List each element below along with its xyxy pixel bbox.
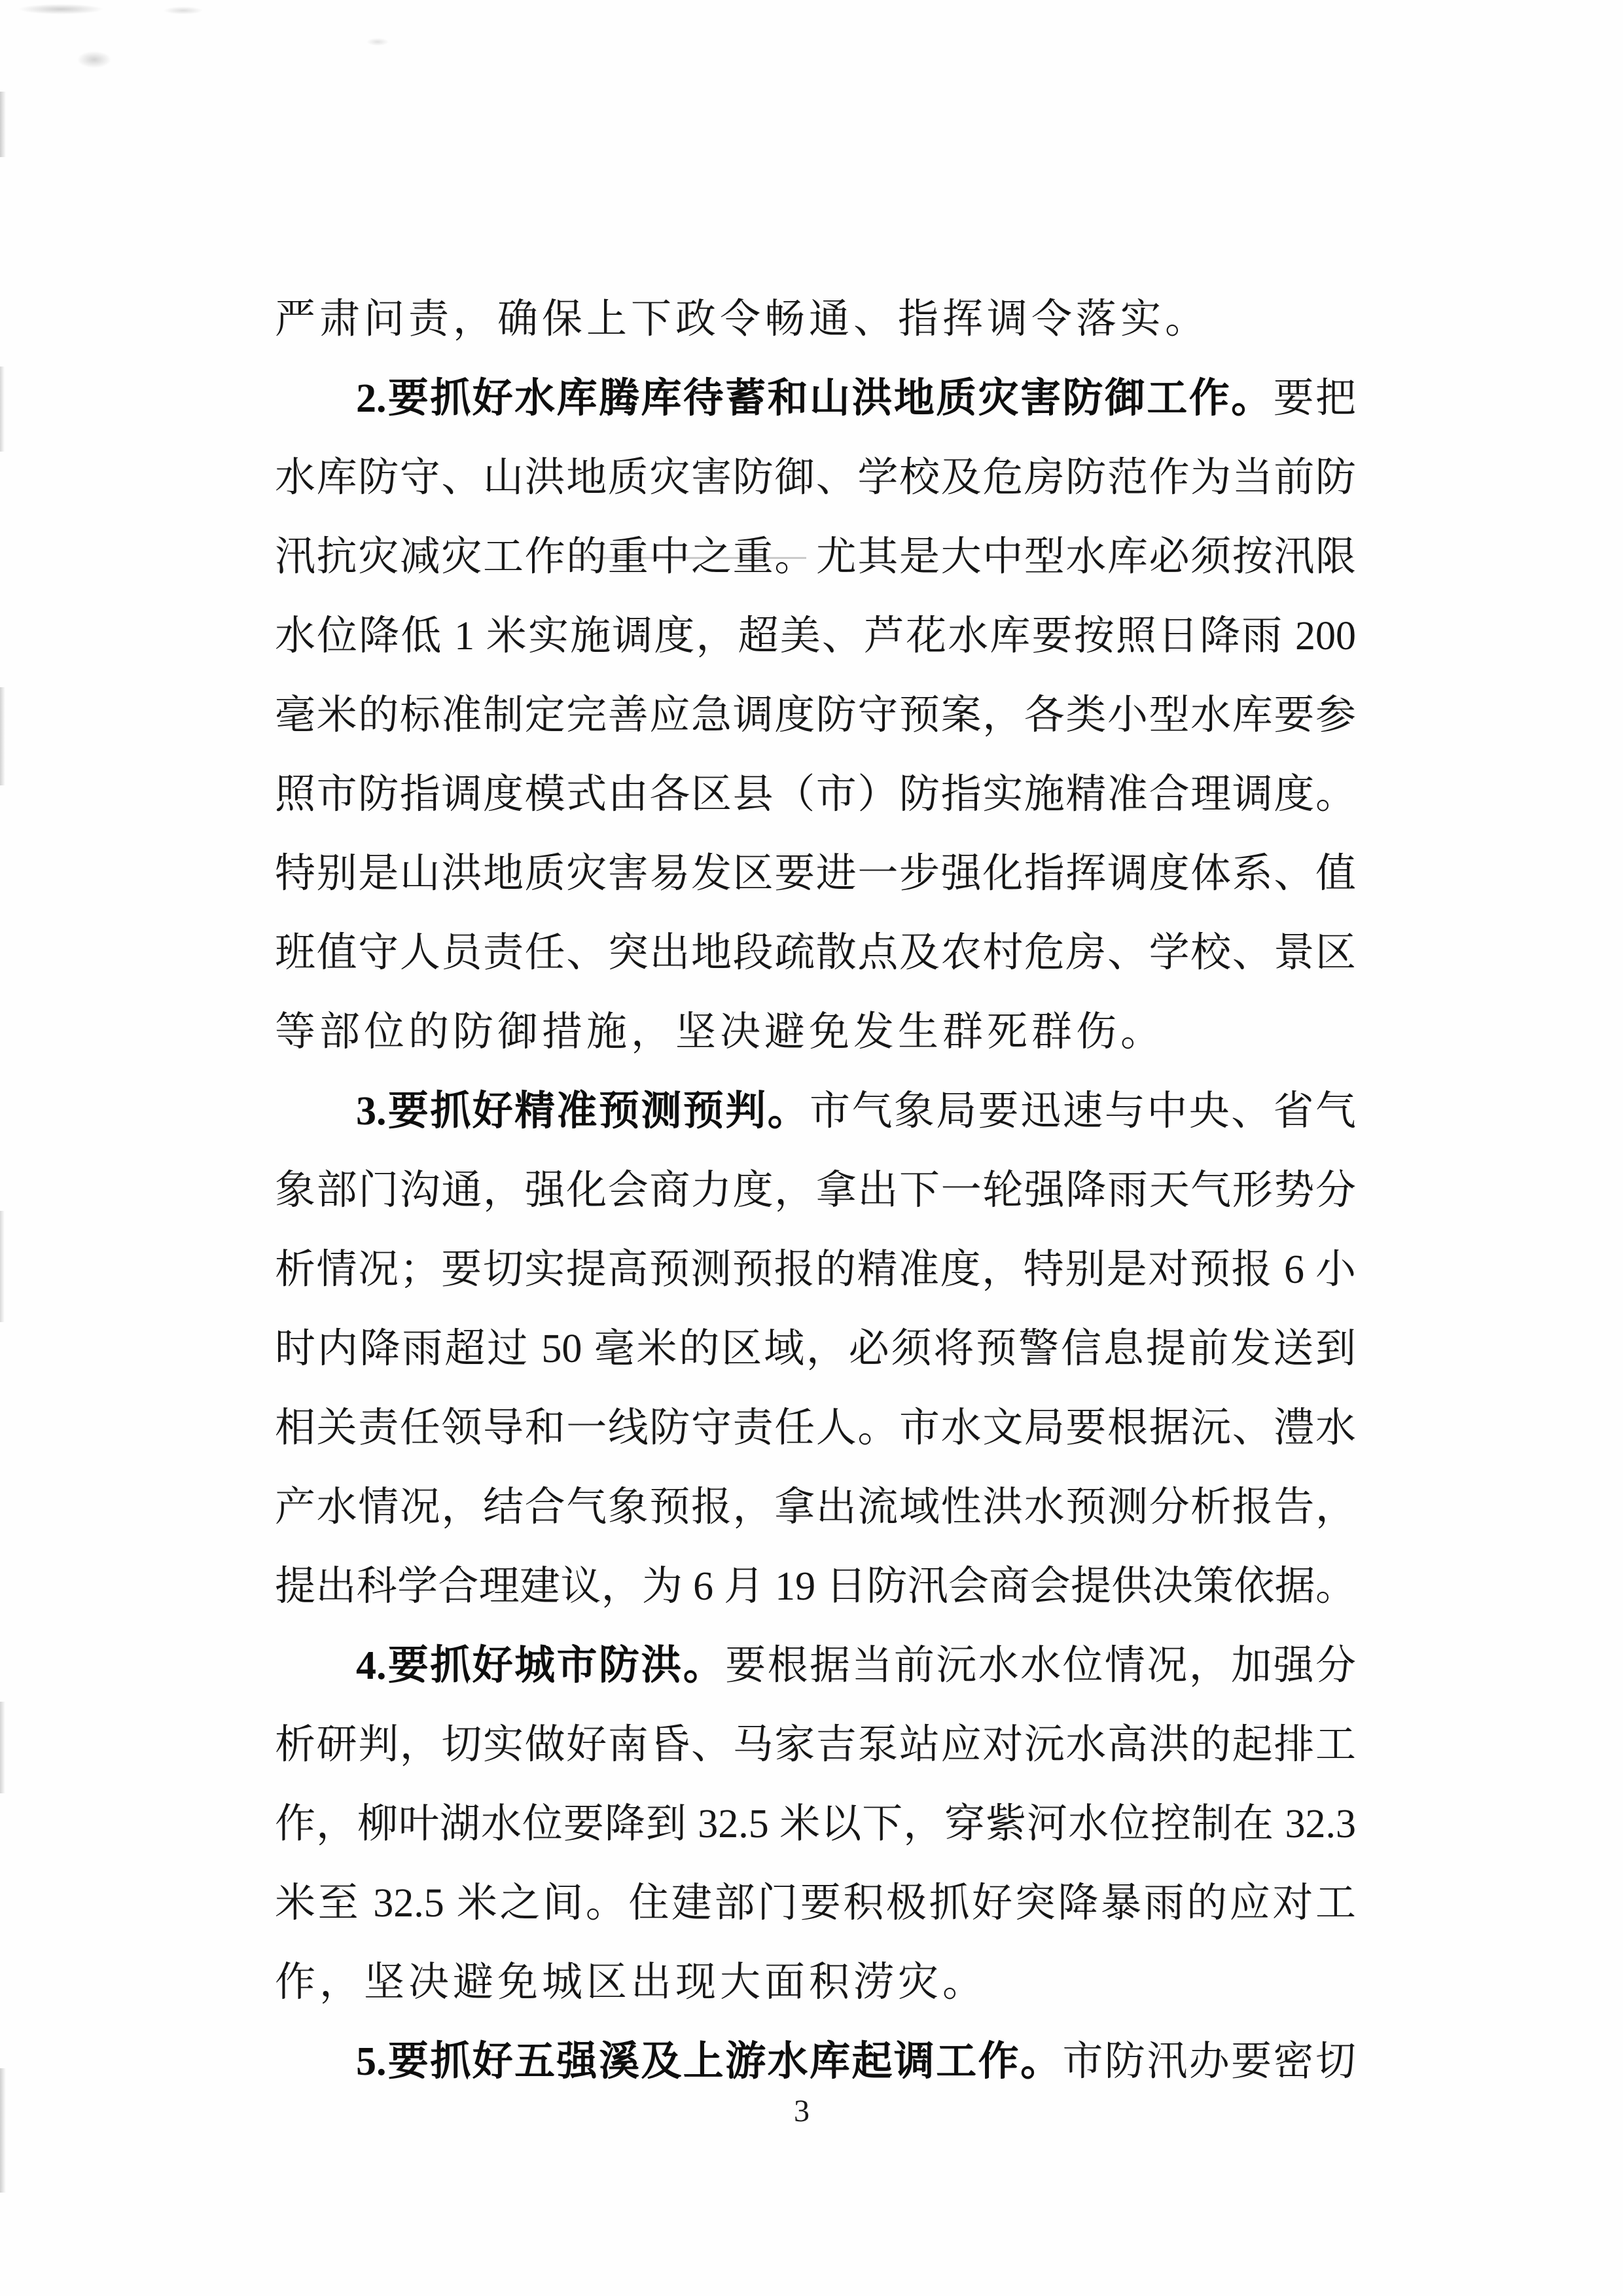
- text-line: 毫米的标准制定完善应急调度防守预案，各类小型水库要参: [275, 676, 1356, 755]
- scan-artifact: [0, 1702, 5, 1793]
- text-line: 象部门沟通，强化会商力度，拿出下一轮强降雨天气形势分: [275, 1151, 1356, 1230]
- text-line: 产水情况，结合气象预报，拿出流域性洪水预测分析报告，: [275, 1468, 1356, 1547]
- line-text: 作，柳叶湖水位要降到 32.5 米以下，穿紫河水位控制在 32.3: [275, 1802, 1356, 1846]
- text-line: 等部位的防御措施，坚决避免发生群死群伤。: [275, 993, 1356, 1072]
- text-line: 相关责任领导和一线防守责任人。市水文局要根据沅、澧水: [275, 1389, 1356, 1468]
- text-line: 作，柳叶湖水位要降到 32.5 米以下，穿紫河水位控制在 32.3: [275, 1785, 1356, 1864]
- line-bold-text: 2.要抓好水库腾库待蓄和山洪地质灾害防御工作。: [356, 376, 1274, 421]
- text-line-heading-2: 2.要抓好水库腾库待蓄和山洪地质灾害防御工作。要把: [275, 359, 1356, 439]
- scan-artifact: [77, 51, 111, 68]
- line-text: 象部门沟通，强化会商力度，拿出下一轮强降雨天气形势分: [275, 1168, 1356, 1213]
- line-text: 特别是山洪地质灾害易发区要进一步强化指挥调度体系、值: [275, 852, 1356, 896]
- text-line: 析情况；要切实提高预测预报的精准度，特别是对预报 6 小: [275, 1230, 1356, 1310]
- line-text: 汛抗灾减灾工作的重中之重。尤其是大中型水库必须按汛限: [275, 535, 1356, 579]
- text-line-heading-3: 3.要抓好精准预测预判。市气象局要迅速与中央、省气: [275, 1072, 1356, 1151]
- text-line: 特别是山洪地质灾害易发区要进一步强化指挥调度体系、值: [275, 834, 1356, 914]
- text-line: 水库防守、山洪地质灾害防御、学校及危房防范作为当前防: [275, 439, 1356, 518]
- text-line: 提出科学合理建议，为 6 月 19 日防汛会商会提供决策依据。: [275, 1547, 1356, 1626]
- line-text: 水库防守、山洪地质灾害防御、学校及危房防范作为当前防: [275, 456, 1356, 500]
- line-text: 时内降雨超过 50 毫米的区域，必须将预警信息提前发送到: [275, 1327, 1356, 1371]
- scan-artifact: [0, 2068, 6, 2193]
- line-text: 产水情况，结合气象预报，拿出流域性洪水预测分析报告，: [275, 1485, 1356, 1530]
- line-text: 市气象局要迅速与中央、省气: [810, 1089, 1356, 1134]
- line-bold-text: 5.要抓好五强溪及上游水库起调工作。: [356, 2039, 1063, 2084]
- scan-artifact: [0, 1211, 5, 1322]
- text-line: 班值守人员责任、突出地段疏散点及农村危房、学校、景区: [275, 914, 1356, 993]
- line-text: 毫米的标准制定完善应急调度防守预案，各类小型水库要参: [275, 693, 1356, 738]
- text-line: 严肃问责，确保上下政令畅通、指挥调令落实。: [275, 280, 1356, 359]
- page-number: 3: [0, 2093, 1603, 2130]
- text-line: 米至 32.5 米之间。住建部门要积极抓好突降暴雨的应对工: [275, 1864, 1356, 1943]
- line-text: 提出科学合理建议，为 6 月 19 日防汛会商会提供决策依据。: [275, 1564, 1356, 1609]
- scan-artifact: [164, 7, 203, 14]
- line-text: 等部位的防御措施，坚决避免发生群死群伤。: [275, 1010, 1165, 1054]
- line-text: 作，坚决避免城区出现大面积涝灾。: [275, 1960, 987, 2005]
- text-line: 析研判，切实做好南昏、马家吉泵站应对沅水高洪的起排工: [275, 1706, 1356, 1785]
- text-line: 水位降低 1 米实施调度，超美、芦花水库要按照日降雨 200: [275, 597, 1356, 676]
- line-text: 严肃问责，确保上下政令畅通、指挥调令落实。: [275, 297, 1209, 342]
- line-text: 要把: [1274, 376, 1356, 421]
- text-line-heading-4: 4.要抓好城市防洪。要根据当前沅水水位情况，加强分: [275, 1626, 1356, 1706]
- line-text: 析情况；要切实提高预测预报的精准度，特别是对预报 6 小: [275, 1247, 1356, 1292]
- line-text: 相关责任领导和一线防守责任人。市水文局要根据沅、澧水: [275, 1406, 1356, 1450]
- text-line: 照市防指调度模式由各区县（市）防指实施精准合理调度。: [275, 755, 1356, 834]
- line-text: 照市防指调度模式由各区县（市）防指实施精准合理调度。: [275, 772, 1356, 817]
- line-text: 水位降低 1 米实施调度，超美、芦花水库要按照日降雨 200: [275, 614, 1356, 658]
- line-text: 要根据当前沅水水位情况，加强分: [725, 1643, 1356, 1688]
- text-line: 时内降雨超过 50 毫米的区域，必须将预警信息提前发送到: [275, 1310, 1356, 1389]
- scan-artifact: [0, 367, 5, 452]
- scanned-document-page: 严肃问责，确保上下政令畅通、指挥调令落实。 2.要抓好水库腾库待蓄和山洪地质灾害…: [0, 0, 1623, 2296]
- scan-artifact: [0, 687, 5, 785]
- line-text: 班值守人员责任、突出地段疏散点及农村危房、学校、景区: [275, 931, 1356, 975]
- line-text: 米至 32.5 米之间。住建部门要积极抓好突降暴雨的应对工: [275, 1881, 1356, 1926]
- line-text: 市防汛办要密切: [1063, 2039, 1356, 2084]
- line-bold-text: 4.要抓好城市防洪。: [356, 1643, 725, 1688]
- text-line-heading-5: 5.要抓好五强溪及上游水库起调工作。市防汛办要密切: [275, 2022, 1356, 2102]
- scan-artifact: [366, 38, 389, 46]
- text-line: 作，坚决避免城区出现大面积涝灾。: [275, 1943, 1356, 2022]
- text-line: 汛抗灾减灾工作的重中之重。尤其是大中型水库必须按汛限: [275, 518, 1356, 597]
- scan-artifact: [0, 92, 6, 157]
- line-text: 析研判，切实做好南昏、马家吉泵站应对沅水高洪的起排工: [275, 1723, 1356, 1767]
- scan-artifact: [18, 4, 103, 14]
- line-bold-text: 3.要抓好精准预测预判。: [356, 1089, 810, 1134]
- document-body: 严肃问责，确保上下政令畅通、指挥调令落实。 2.要抓好水库腾库待蓄和山洪地质灾害…: [275, 280, 1356, 2102]
